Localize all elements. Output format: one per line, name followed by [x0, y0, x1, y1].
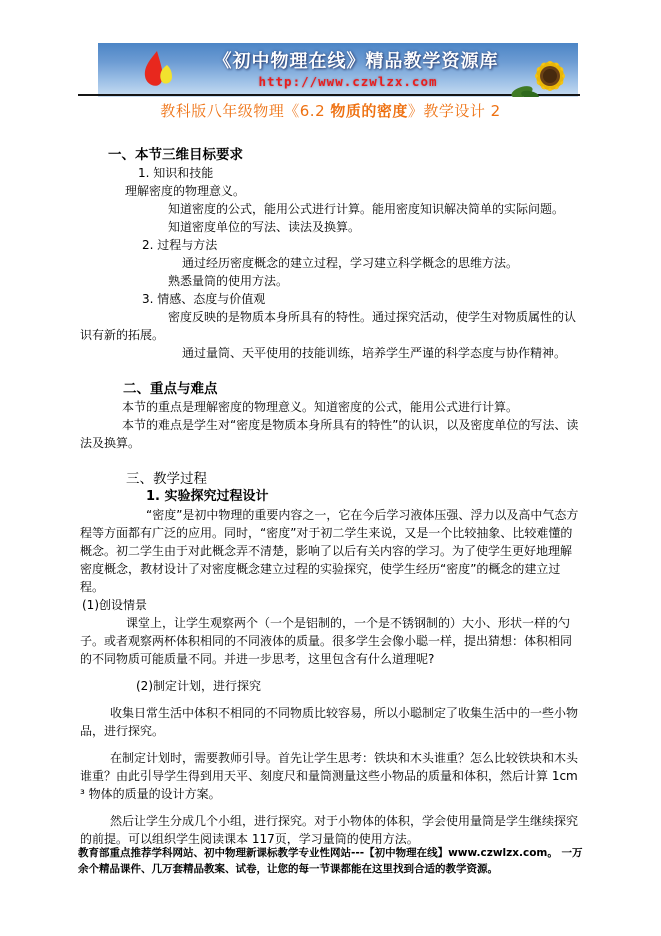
subheading-knowledge-skills: 1. 知识和技能 — [80, 164, 581, 182]
document-title-emphasis: 物质的密度 — [330, 102, 408, 120]
body-paragraph: “密度”是初中物理的重要内容之一，它在今后学习液体压强、浮力以及高中气态方程等方… — [80, 506, 581, 596]
subheading-affect-values: 3. 情感、态度与价值观 — [80, 290, 581, 308]
body-paragraph: 本节的难点是学生对“密度是物质本身所具有的特性”的认识，以及密度单位的写法、读法… — [80, 416, 581, 452]
body-paragraph: 收集日常生活中体积不相同的不同物质比较容易，所以小聪制定了收集生活中的一些小物品… — [80, 704, 581, 740]
document-title-suffix: 》教学设计 2 — [408, 102, 501, 120]
subheading-experiment-design: 1. 实验探究过程设计 — [80, 488, 581, 506]
heading-objectives: 一、本节三维目标要求 — [80, 146, 581, 164]
document-page: 《初中物理在线》精品教学资源库 http://www.czwlzx.com — [0, 0, 661, 936]
body-paragraph: 本节的重点是理解密度的物理意义。知道密度的公式，能用公式进行计算。 — [80, 398, 581, 416]
banner-site-title: 《初中物理在线》精品教学资源库 — [98, 47, 578, 73]
subheading-process-methods: 2. 过程与方法 — [80, 236, 581, 254]
body-paragraph: 通过经历密度概念的建立过程，学习建立科学概念的思维方法。 — [80, 254, 581, 272]
subheading-create-scenario: (1)创设情景 — [80, 596, 581, 614]
body-paragraph: 在制定计划时，需要教师引导。首先让学生思考：铁块和木头谁重？怎么比较铁块和木头谁… — [80, 749, 581, 803]
banner-site-url: http://www.czwlzx.com — [98, 74, 578, 89]
body-paragraph: 课堂上，让学生观察两个（一个是铝制的，一个是不锈钢制的）大小、形状一样的勺子。或… — [80, 614, 581, 668]
body-paragraph: 理解密度的物理意义。 — [80, 182, 581, 200]
body-paragraph: 知道密度的公式，能用公式进行计算。能用密度知识解决简单的实际问题。 — [80, 200, 581, 218]
body-paragraph: 密度反映的是物质本身所具有的特性。通过探究活动，使学生对物质属性的认识有新的拓展… — [80, 308, 581, 344]
body-paragraph: 通过量筒、天平使用的技能训练，培养学生严谨的科学态度与协作精神。 — [80, 344, 581, 362]
body-paragraph: 熟悉量筒的使用方法。 — [80, 272, 581, 290]
body-paragraph: 然后让学生分成几个小组，进行探究。对于小物体的体积，学会使用量筒是学生继续探究的… — [80, 812, 581, 848]
site-banner-image: 《初中物理在线》精品教学资源库 http://www.czwlzx.com — [98, 43, 578, 97]
heading-teaching-process: 三、教学过程 — [80, 470, 581, 488]
heading-key-difficult-points: 二、重点与难点 — [80, 380, 581, 398]
footer-note: 教育部重点推荐学科网站、初中物理新课标教学专业性网站---【初中物理在线】www… — [78, 845, 584, 877]
document-title: 教科版八年级物理《6.2 物质的密度》教学设计 2 — [0, 100, 661, 121]
document-body: 一、本节三维目标要求 1. 知识和技能 理解密度的物理意义。 知道密度的公式，能… — [80, 146, 581, 848]
document-title-prefix: 教科版八年级物理《6.2 — [160, 102, 330, 120]
body-paragraph: 知道密度单位的写法、读法及换算。 — [80, 218, 581, 236]
subheading-make-plan: (2)制定计划，进行探究 — [80, 677, 581, 695]
